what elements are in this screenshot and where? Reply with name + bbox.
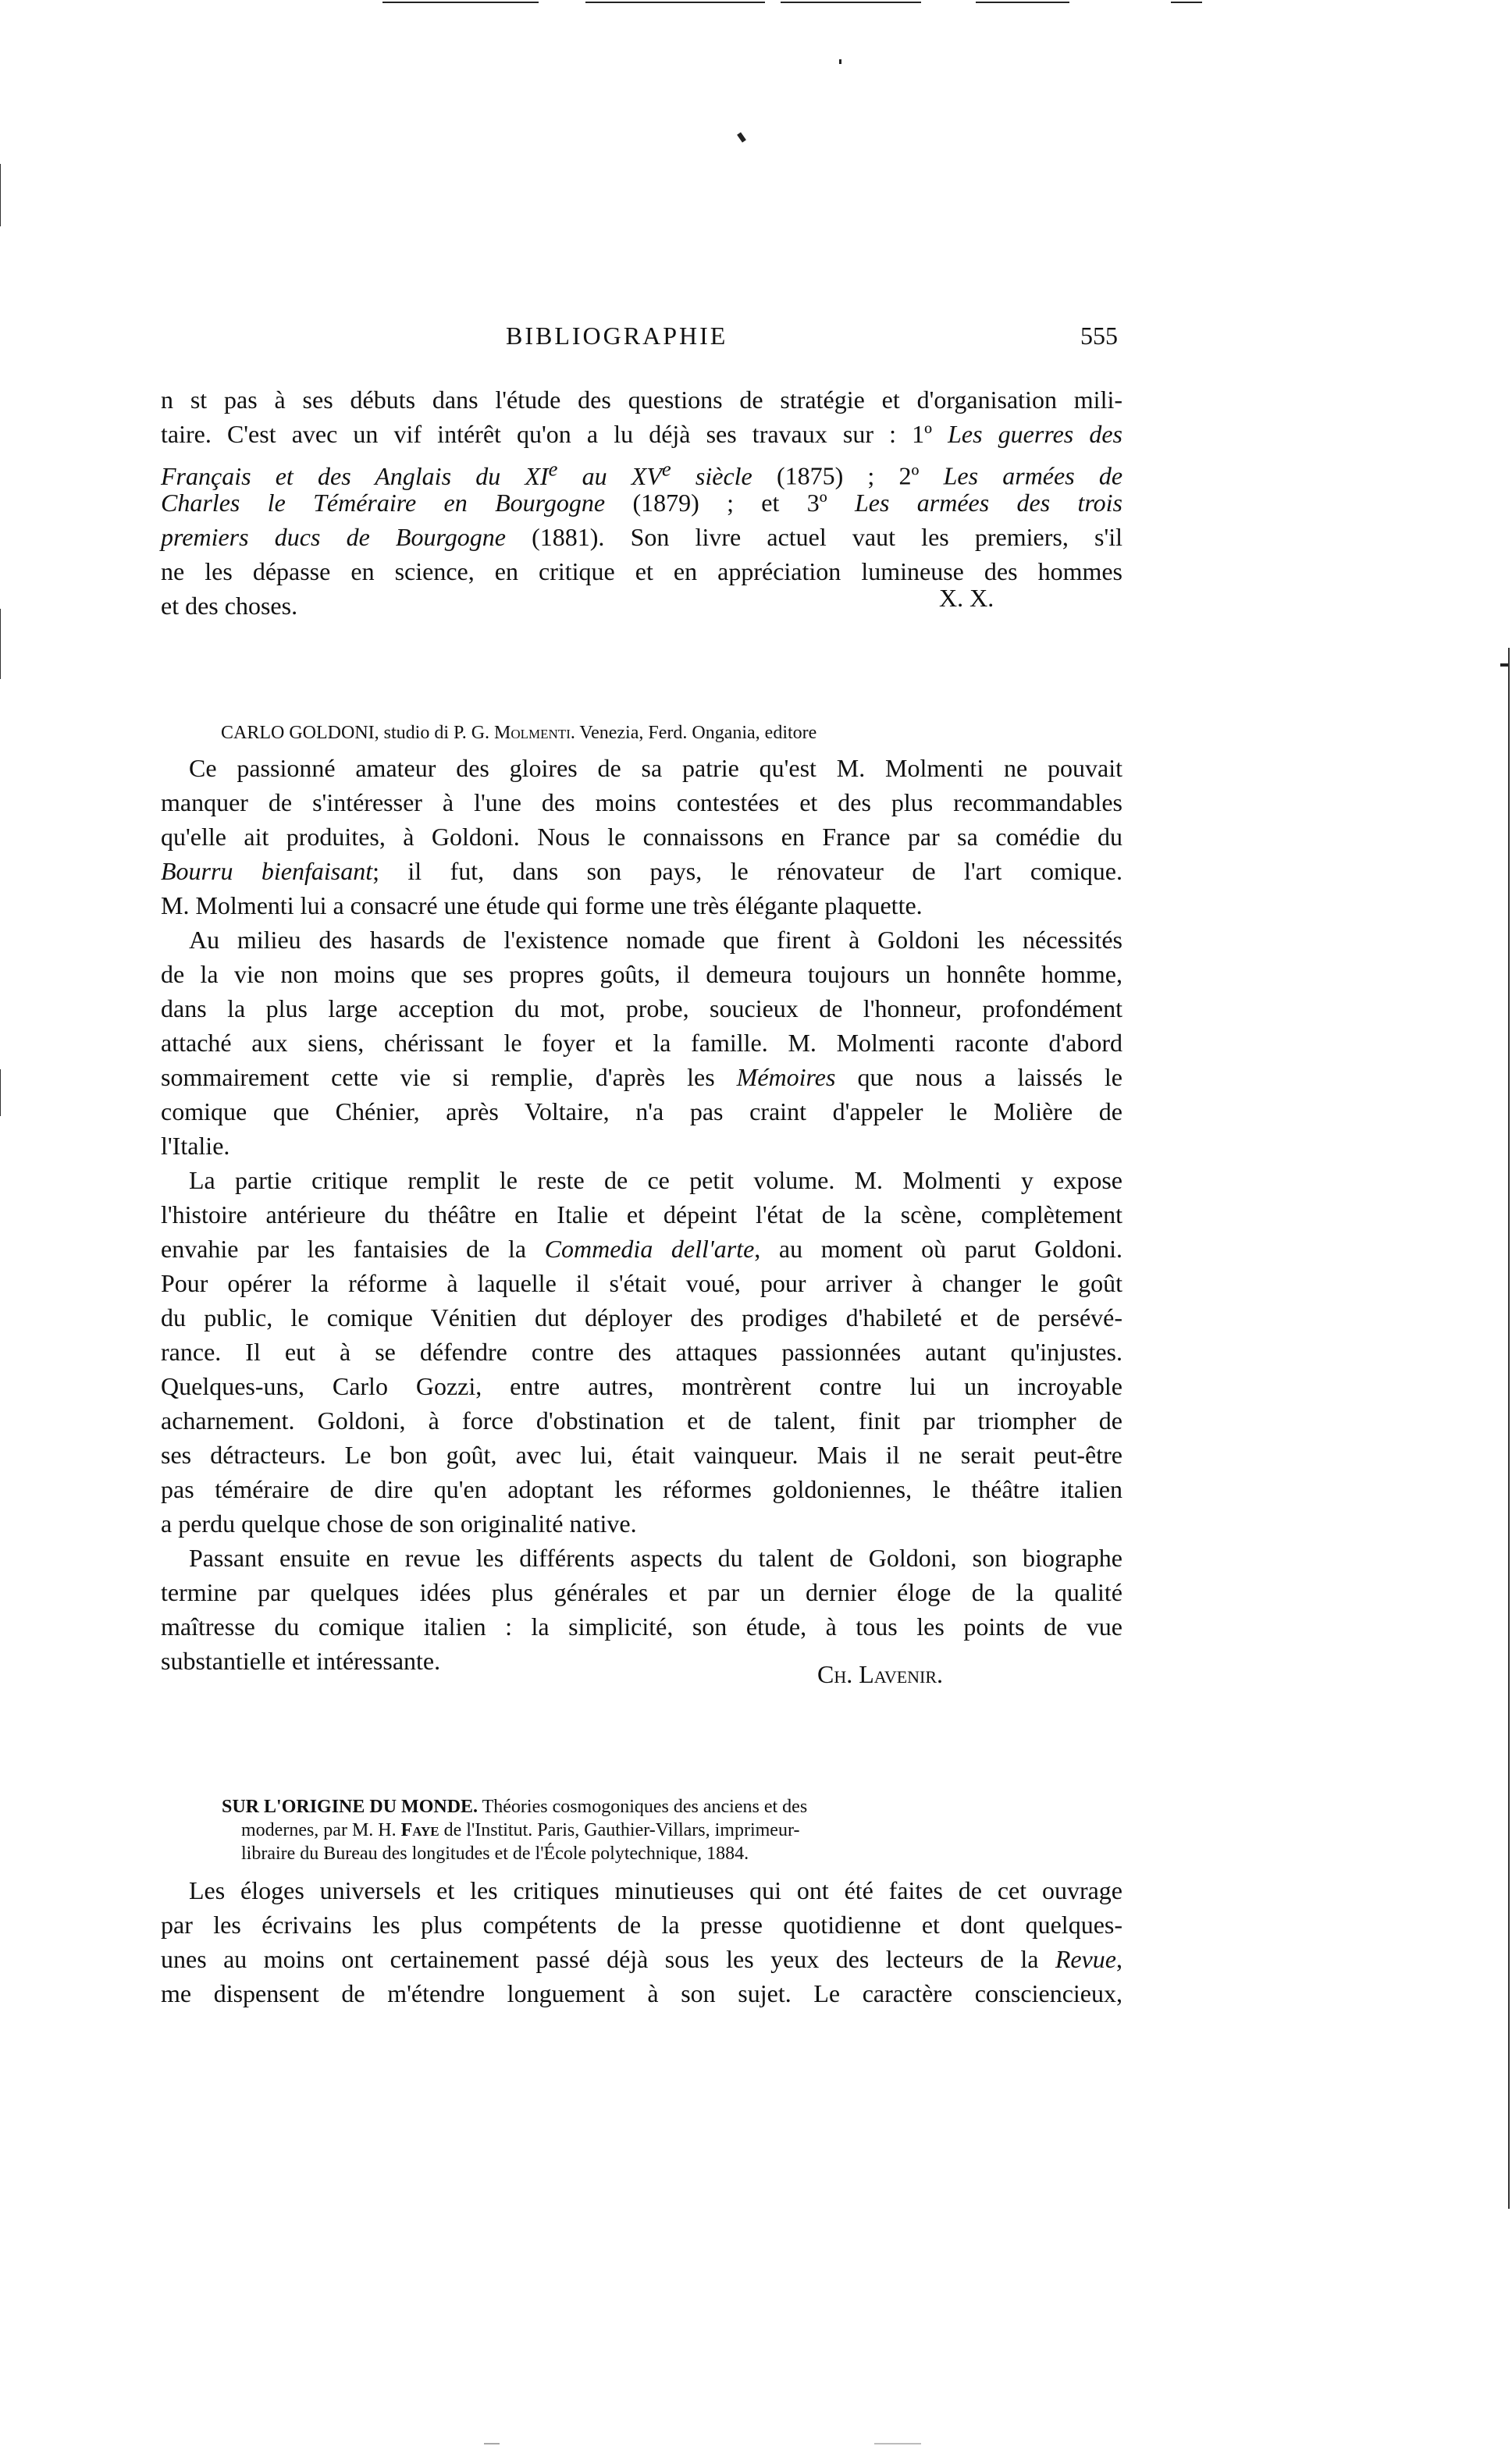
text-line: l'histoire antérieure du théâtre en Ital…: [161, 1197, 1122, 1232]
book-title: Les guerres des: [948, 420, 1122, 448]
text-run: ; il fut, dans son pays, le rénovateur d…: [372, 857, 1122, 885]
text-line: Passant ensuite en revue les différents …: [161, 1541, 1122, 1575]
heading-text: . Venezia, Ferd. Ongania, editore: [571, 723, 816, 743]
text-run: , au moment où parut Goldoni.: [754, 1235, 1122, 1263]
text-line: Au milieu des hasards de l'existence nom…: [161, 923, 1122, 957]
heading-text: , studio di P. G.: [375, 723, 494, 743]
heading-text: de l'Institut. Paris, Gauthier-Villars, …: [439, 1820, 800, 1840]
text-run: sommairement cette vie si remplie, d'apr…: [161, 1063, 737, 1091]
text-run: ,: [1116, 1945, 1122, 1973]
running-head: BIBLIOGRAPHIE 555: [161, 322, 1122, 353]
signature-x-x: X. X.: [939, 584, 994, 613]
journal-title: Revue: [1055, 1945, 1116, 1973]
book-title: premiers ducs de Bourgogne: [161, 523, 506, 551]
text-line: rance. Il eut à se défendre contre des a…: [161, 1335, 1122, 1369]
text-line: l'Italie.: [161, 1129, 1122, 1163]
scan-artifact-line: [976, 2, 1069, 3]
heading-line: SUR L'ORIGINE DU MONDE. Théories cosmogo…: [222, 1795, 1033, 1819]
text-line: M. Molmenti lui a consacré une étude qui…: [161, 888, 1122, 923]
text-line: n st pas à ses débuts dans l'étude des q…: [161, 382, 1122, 417]
scan-speck: [874, 2443, 921, 2444]
play-title: Bourru bienfaisant: [161, 857, 372, 885]
text-line: Quelques-uns, Carlo Gozzi, entre autres,…: [161, 1369, 1122, 1403]
book-title: CARLO GOLDONI: [221, 723, 375, 743]
text-run: (1881). Son livre actuel vaut les premie…: [506, 523, 1122, 551]
text-line: envahie par les fantaisies de la Commedi…: [161, 1232, 1122, 1266]
scan-speck: [839, 59, 841, 64]
text-run: (1879) ; et 3º: [605, 489, 855, 517]
author-name: Faye: [401, 1820, 439, 1840]
running-title: BIBLIOGRAPHIE: [506, 322, 728, 350]
review-2-text: Ce passionné amateur des gloires de sa p…: [161, 751, 1122, 1678]
text-line: termine par quelques idées plus générale…: [161, 1575, 1122, 1609]
text-line: Bourru bienfaisant; il fut, dans son pay…: [161, 854, 1122, 888]
text-line: a perdu quelque chose de son originalité…: [161, 1506, 1122, 1541]
scan-speck: [737, 132, 746, 142]
book-title: Charles le Téméraire en Bourgogne: [161, 489, 605, 517]
author-name: Molmenti: [494, 723, 571, 743]
book-page: BIBLIOGRAPHIE 555 n st pas à ses débuts …: [0, 0, 1512, 2464]
page-edge-right: [1508, 648, 1510, 2209]
heading-line: modernes, par M. H. Faye de l'Institut. …: [222, 1819, 1033, 1842]
page-edge-left: [0, 164, 1, 226]
text-line: Charles le Téméraire en Bourgogne (1879)…: [161, 485, 1122, 520]
scan-speck: [484, 2443, 500, 2444]
text-line: manquer de s'intéresser à l'une des moin…: [161, 785, 1122, 820]
text-run: unes au moins ont certainement passé déj…: [161, 1945, 1055, 1973]
page-edge-left: [0, 609, 1, 679]
term: Commedia dell'arte: [545, 1235, 755, 1263]
text-line: par les écrivains les plus compétents de…: [161, 1908, 1122, 1942]
page-number: 555: [1080, 322, 1118, 350]
review-3-text: Les éloges universels et les critiques m…: [161, 1873, 1122, 2011]
heading-text: Théories cosmogoniques des anciens et de…: [478, 1797, 807, 1817]
text-run: que nous a laissés le: [835, 1063, 1122, 1091]
scan-artifact-line: [781, 2, 921, 3]
text-line: unes au moins ont certainement passé déj…: [161, 1942, 1122, 1976]
text-line: sommairement cette vie si remplie, d'apr…: [161, 1060, 1122, 1094]
scan-artifact-line: [1171, 2, 1202, 3]
book-title: Mémoires: [737, 1063, 836, 1091]
text-line: ses détracteurs. Le bon goût, avec lui, …: [161, 1438, 1122, 1472]
text-run: taire. C'est avec un vif intérêt qu'on a…: [161, 420, 948, 448]
text-line: qu'elle ait produites, à Goldoni. Nous l…: [161, 820, 1122, 854]
scan-artifact-line: [382, 2, 539, 3]
scan-speck: [1500, 663, 1508, 667]
text-line: Français et des Anglais du XIe au XVe si…: [161, 451, 1122, 485]
text-line: Ce passionné amateur des gloires de sa p…: [161, 751, 1122, 785]
text-run: envahie par les fantaisies de la: [161, 1235, 545, 1263]
text-line: premiers ducs de Bourgogne (1881). Son l…: [161, 520, 1122, 554]
review-2-heading: CARLO GOLDONI, studio di P. G. Molmenti.…: [221, 721, 816, 745]
text-line: taire. C'est avec un vif intérêt qu'on a…: [161, 417, 1122, 451]
page-edge-left: [0, 1069, 1, 1116]
text-line: comique que Chénier, après Voltaire, n'a…: [161, 1094, 1122, 1129]
text-line: me dispensent de m'étendre longuement à …: [161, 1976, 1122, 2011]
heading-line: libraire du Bureau des longitudes et de …: [222, 1842, 1033, 1865]
text-line: de la vie non moins que ses propres goût…: [161, 957, 1122, 991]
text-line: dans la plus large acception du mot, pro…: [161, 991, 1122, 1026]
text-line: du public, le comique Vénitien dut déplo…: [161, 1300, 1122, 1335]
review-3-heading: SUR L'ORIGINE DU MONDE. Théories cosmogo…: [222, 1795, 1033, 1865]
heading-text: modernes, par M. H.: [241, 1820, 401, 1840]
text-line: attaché aux siens, chérissant le foyer e…: [161, 1026, 1122, 1060]
text-line: maîtresse du comique italien : la simpli…: [161, 1609, 1122, 1644]
text-line: substantielle et intéressante.: [161, 1644, 1122, 1678]
text-line: acharnement. Goldoni, à force d'obstinat…: [161, 1403, 1122, 1438]
text-line: Pour opérer la réforme à laquelle il s'é…: [161, 1266, 1122, 1300]
book-title: SUR L'ORIGINE DU MONDE.: [222, 1797, 478, 1817]
scan-artifact-line: [585, 2, 765, 3]
text-line: Les éloges universels et les critiques m…: [161, 1873, 1122, 1908]
book-title: Les armées des trois: [855, 489, 1122, 517]
text-line: La partie critique remplit le reste de c…: [161, 1163, 1122, 1197]
signature-ch-lavenir: Ch. Lavenir.: [817, 1660, 943, 1689]
text-line: pas téméraire de dire qu'en adoptant les…: [161, 1472, 1122, 1506]
